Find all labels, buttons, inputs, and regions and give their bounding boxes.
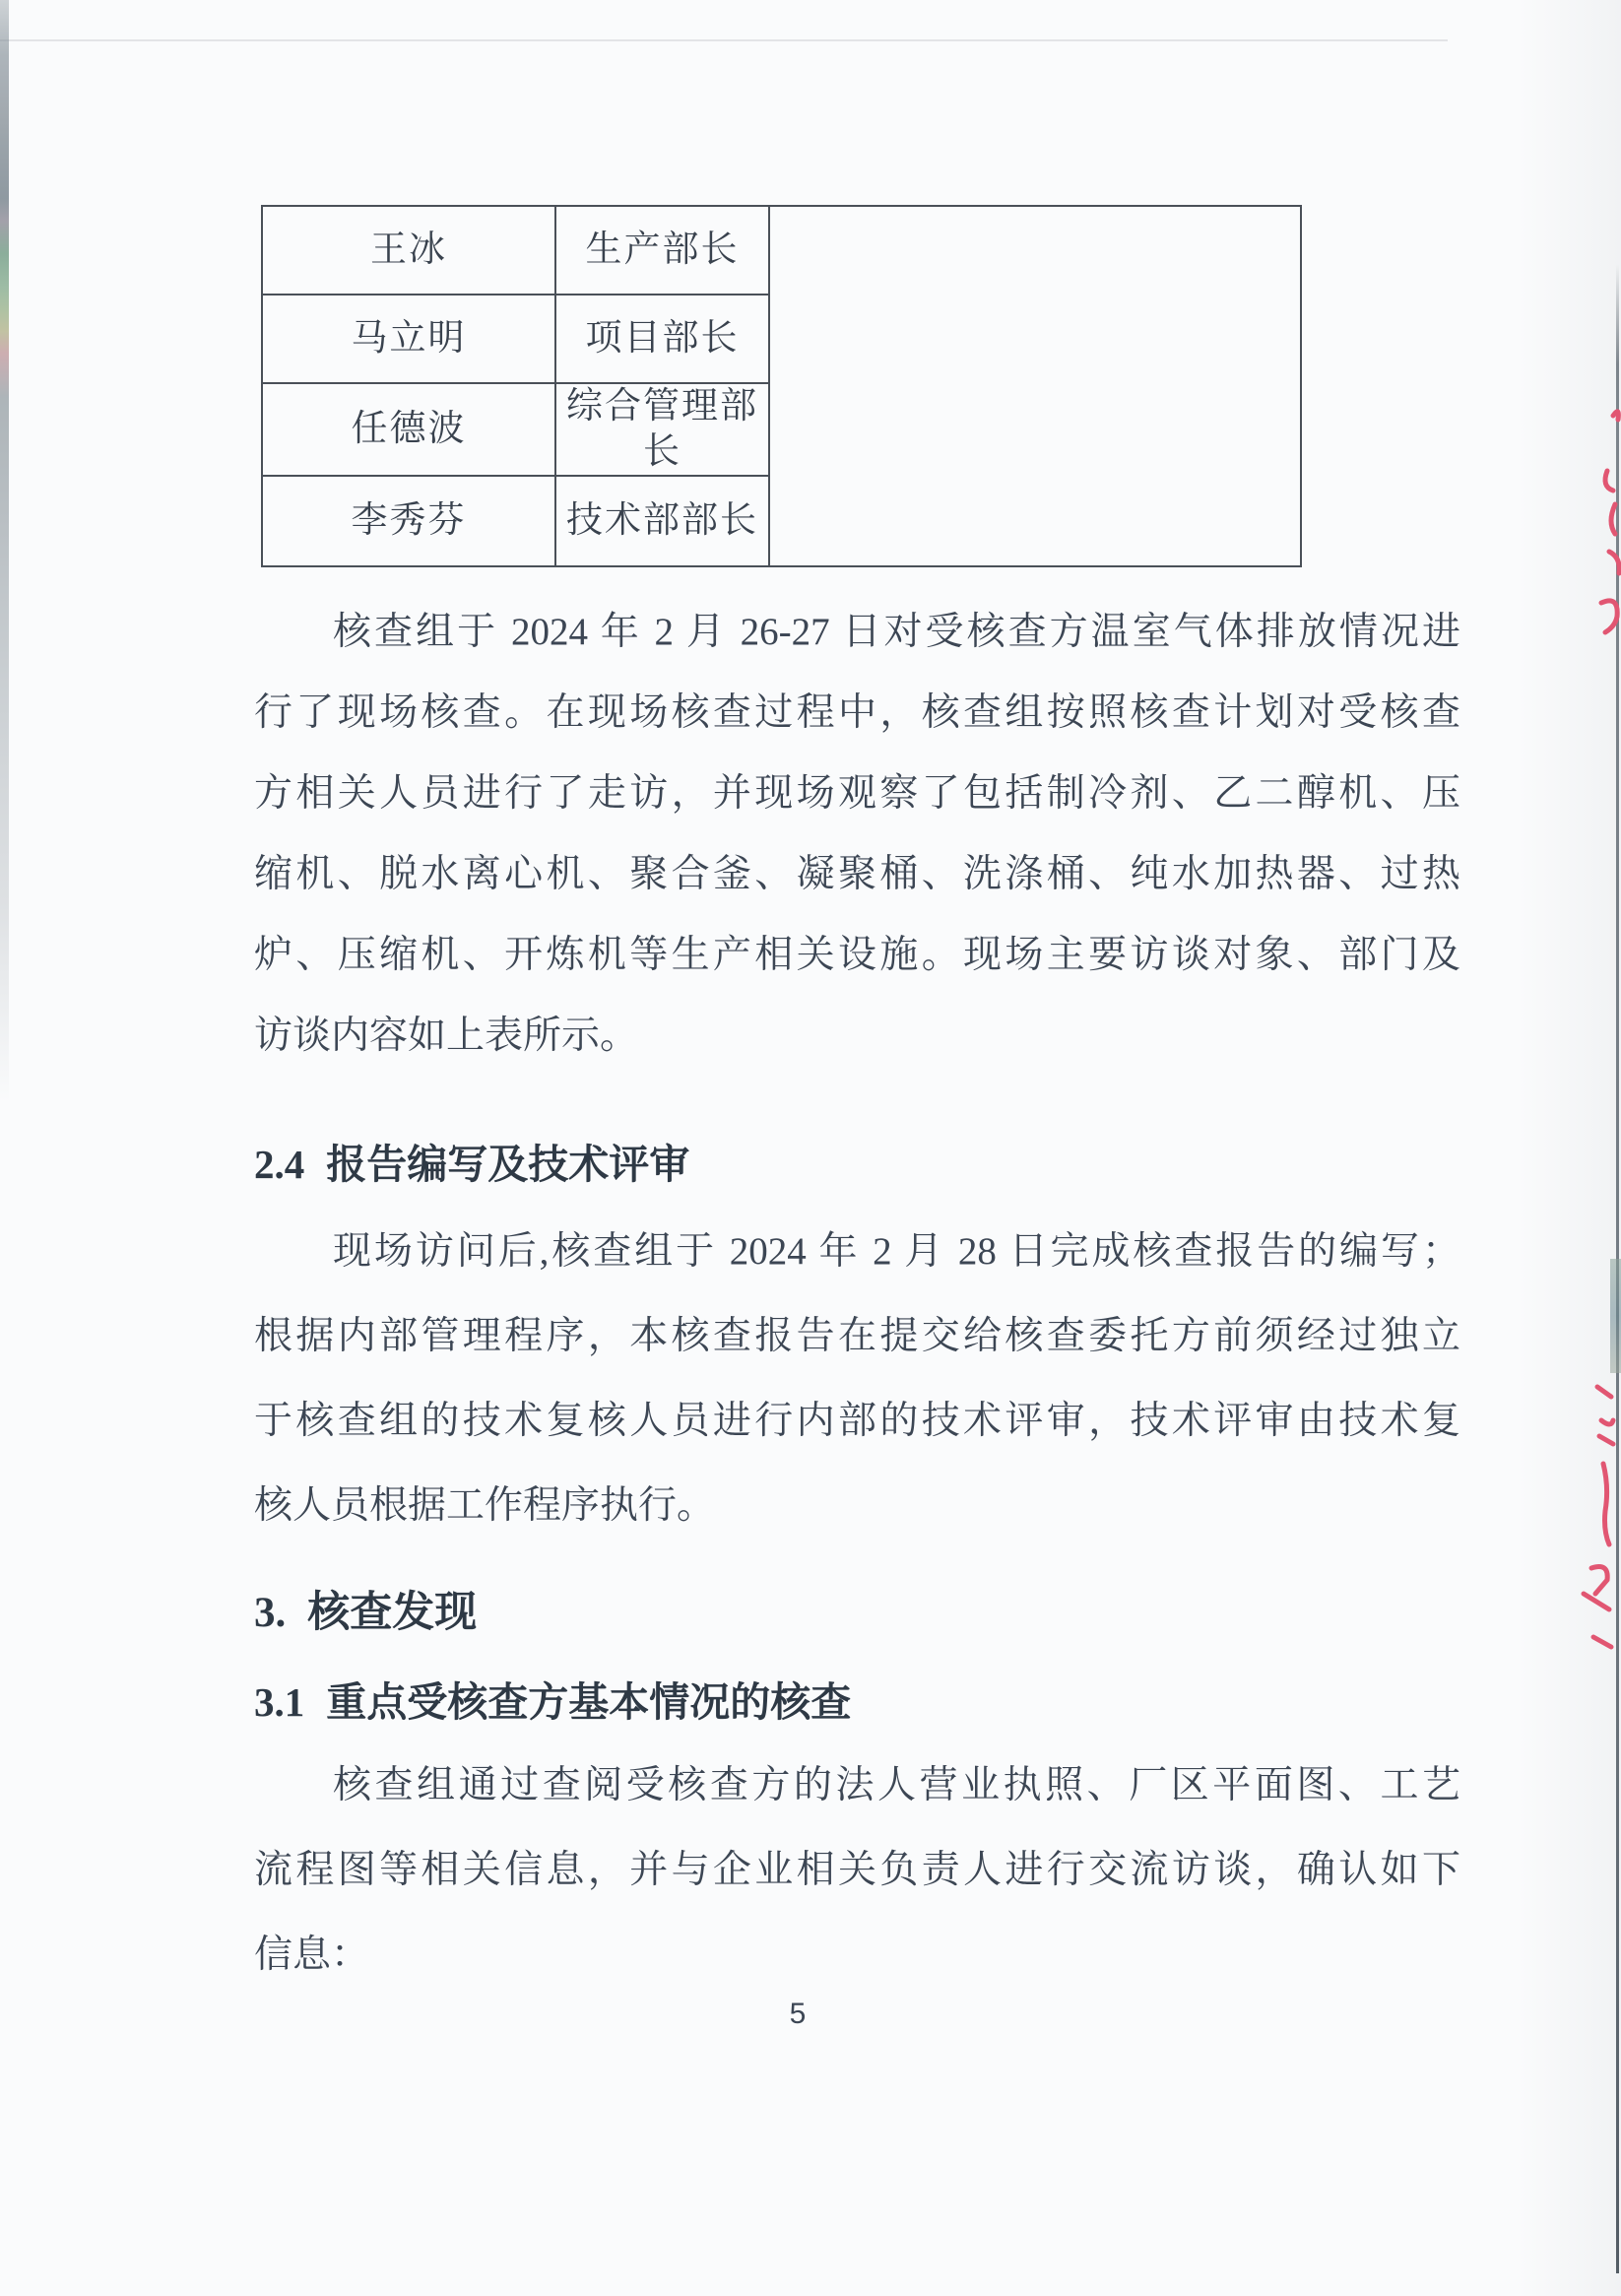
table-empty-cell xyxy=(769,206,1301,566)
section-heading-2-4: 2.4报告编写及技术评审 xyxy=(254,1139,689,1190)
section-title: 核查发现 xyxy=(307,1590,477,1636)
table-row: 王冰 生产部长 xyxy=(262,206,1301,295)
interviewee-title: 综合管理部长 xyxy=(555,383,769,476)
red-ink-marks xyxy=(1574,394,1621,1714)
page-number: 5 xyxy=(758,1998,837,2031)
paragraph-line: 根据内部管理程序，本核查报告在提交给核查委托方前须经过独立 xyxy=(254,1312,1460,1361)
paragraph-line: 缩机、脱水离心机、聚合釜、凝聚桶、洗涤桶、纯水加热器、过热 xyxy=(254,850,1460,899)
interviewee-title: 生产部长 xyxy=(555,206,769,295)
paragraph-line: 核查组通过查阅受核查方的法人营业执照、厂区平面图、工艺 xyxy=(254,1761,1460,1810)
paragraph-line: 核查组于 2024 年 2 月 26-27 日对受核查方温室气体排放情况进 xyxy=(254,608,1460,657)
section-number: 3. xyxy=(254,1590,286,1636)
paragraph-line: 炉、压缩机、开炼机等生产相关设施。现场主要访谈对象、部门及 xyxy=(254,931,1460,980)
paragraph-line: 方相关人员进行了走访，并现场观察了包括制冷剂、乙二醇机、压 xyxy=(254,769,1460,819)
interviewee-name: 马立明 xyxy=(262,295,555,383)
paragraph-line: 于核查组的技术复核人员进行内部的技术评审，技术评审由技术复 xyxy=(254,1397,1460,1446)
interview-table: 王冰 生产部长 马立明 项目部长 任德波 综合管理部长 李秀芬 技术部部长 xyxy=(261,205,1302,567)
section-title: 报告编写及技术评审 xyxy=(326,1142,689,1187)
section-number: 2.4 xyxy=(254,1142,304,1187)
interviewee-name: 李秀芬 xyxy=(262,476,555,566)
paragraph-line: 流程图等相关信息，并与企业相关负责人进行交流访谈，确认如下 xyxy=(254,1846,1460,1895)
paragraph-line: 核人员根据工作程序执行。 xyxy=(254,1481,1460,1531)
paragraph-line: 访谈内容如上表所示。 xyxy=(254,1012,1460,1061)
interviewee-title: 技术部部长 xyxy=(555,476,769,566)
section-heading-3-1: 3.1重点受核查方基本情况的核查 xyxy=(254,1676,851,1728)
interviewee-title: 项目部长 xyxy=(555,295,769,383)
paragraph-line: 现场访问后,核查组于 2024 年 2 月 28 日完成核查报告的编写； xyxy=(254,1227,1460,1277)
scan-edge-artifact-left xyxy=(0,0,9,1103)
scan-line-top xyxy=(0,39,1448,41)
section-title: 重点受核查方基本情况的核查 xyxy=(326,1679,851,1725)
document-page: 王冰 生产部长 马立明 项目部长 任德波 综合管理部长 李秀芬 技术部部长 核查… xyxy=(0,0,1621,2296)
interviewee-name: 王冰 xyxy=(262,206,555,295)
section-heading-3: 3.核查发现 xyxy=(254,1588,477,1639)
section-number: 3.1 xyxy=(254,1679,304,1725)
paragraph-line: 信息： xyxy=(254,1931,1460,1980)
interviewee-name: 任德波 xyxy=(262,383,555,476)
paragraph-line: 行了现场核查。在现场核查过程中，核查组按照核查计划对受核查 xyxy=(254,689,1460,738)
